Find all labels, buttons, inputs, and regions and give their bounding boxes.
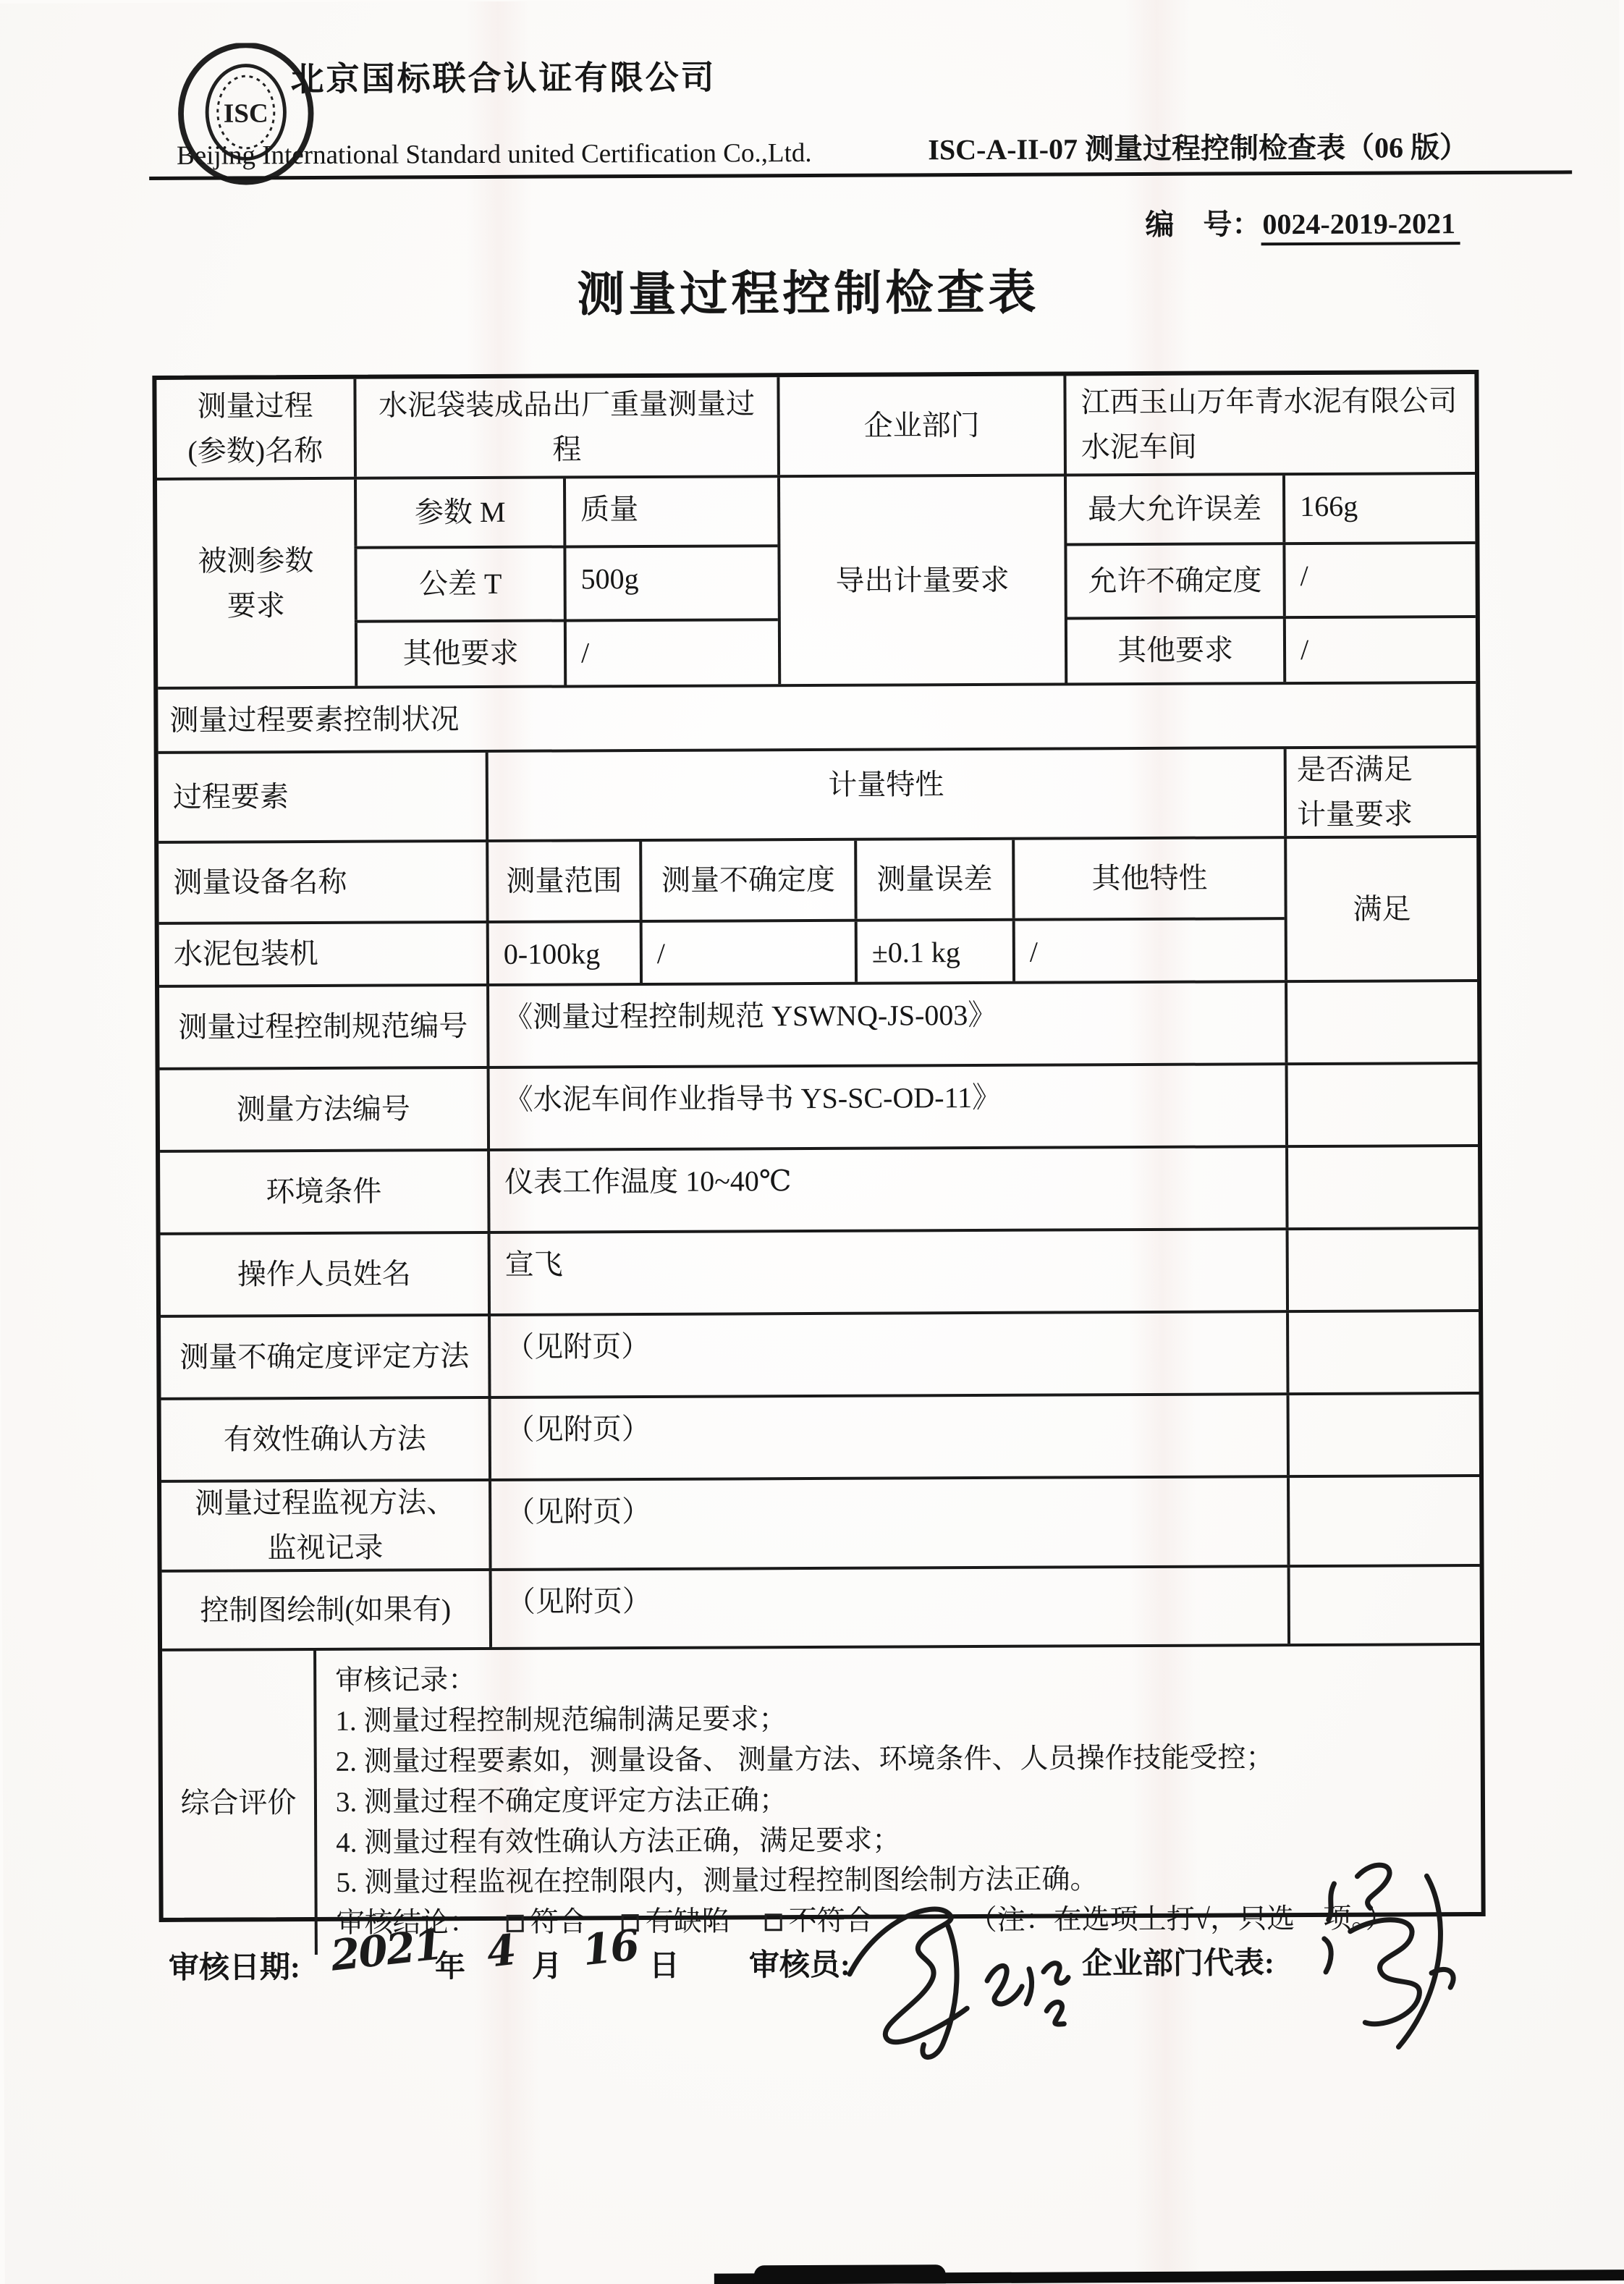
row-elements-banner: 测量过程要素控制状况 — [158, 681, 1476, 751]
allowed-uncertainty-label: 允许不确定度 — [1064, 545, 1282, 617]
uncertainty-method-value: （见附页） — [488, 1313, 1286, 1396]
uncertainty-method-label: 测量不确定度评定方法 — [161, 1316, 488, 1397]
row-overall-evaluation: 综合评价 审核记录： 1. 测量过程控制规范编制满足要求； 2. 测量过程要素如… — [162, 1643, 1481, 1955]
uncertainty-method-meets — [1286, 1312, 1479, 1392]
measured-params-left: 参数 M 质量 公差 T 500g 其他要求 / — [354, 478, 778, 686]
environment-value: 仪表工作温度 10~40℃ — [487, 1148, 1285, 1231]
option-conform: 符合 — [507, 1904, 587, 1942]
meets-requirement-value: 满足 — [1284, 838, 1477, 980]
control-spec-label: 测量过程控制规范编号 — [159, 986, 486, 1067]
control-chart-label: 控制图绘制(如果有) — [162, 1571, 489, 1649]
control-spec-meets — [1285, 982, 1477, 1062]
max-error-label: 最大允许误差 — [1064, 475, 1282, 543]
header-divider — [149, 170, 1572, 180]
monitoring-meets — [1287, 1477, 1480, 1565]
month-unit: 月 — [532, 1942, 562, 1986]
defective-label: 有缺陷 — [646, 1903, 730, 1942]
document-number-label: 编 号： — [1145, 208, 1261, 241]
conform-label: 符合 — [530, 1904, 587, 1942]
option-defective: 有缺陷 — [622, 1903, 730, 1942]
monitoring-value: （见附页） — [489, 1478, 1287, 1568]
measuring-range-value: 0-100kg — [486, 923, 640, 984]
row-operator: 操作人员姓名 宣飞 — [161, 1227, 1479, 1315]
tolerance-t-value: 500g — [563, 548, 777, 619]
method-no-value: 《水泥车间作业指导书 YS-SC-OD-11》 — [487, 1065, 1285, 1149]
dept-representative-signature — [1309, 1850, 1469, 2068]
environment-label: 环境条件 — [160, 1151, 487, 1232]
row-uncertainty-method: 测量不确定度评定方法 （见附页） — [161, 1309, 1479, 1397]
control-chart-meets — [1287, 1567, 1480, 1644]
row-validity-method: 有效性确认方法 （见附页） — [161, 1392, 1479, 1480]
tolerance-t-label: 公差 T — [354, 549, 563, 619]
dept-representative-label: 企业部门代表: — [1082, 1939, 1274, 1983]
row-control-spec: 测量过程控制规范编号 《测量过程控制规范 YSWNQ-JS-003》 — [159, 979, 1477, 1067]
validity-method-value: （见附页） — [489, 1395, 1287, 1479]
derived-metering-label: 导出计量要求 — [777, 476, 1065, 684]
audit-record-item: 4. 测量过程有效性确认方法正确，满足要求； — [336, 1819, 1463, 1862]
row-process-name: 测量过程 (参数)名称 水泥袋装成品出厂重量测量过 程 企业部门 江西玉山万年青… — [156, 374, 1475, 478]
audit-record-item: 2. 测量过程要素如，测量设备、 测量方法、环境条件、人员操作技能受控； — [336, 1738, 1463, 1781]
document-number-value: 0024-2019-2021 — [1261, 207, 1460, 245]
other-characteristics-value: / — [1012, 920, 1285, 981]
allowed-uncertainty-value: / — [1282, 544, 1475, 615]
metrological-characteristics-label: 计量特性 — [486, 749, 1285, 839]
param-m-value: 质量 — [563, 478, 777, 546]
elements-section-title: 测量过程要素控制状况 — [158, 684, 1476, 751]
other-req-left-value: / — [564, 621, 778, 685]
error-value: ±0.1 kg — [855, 921, 1012, 982]
measuring-range-header: 测量范围 — [486, 842, 639, 921]
device-name-value: 水泥包装机 — [159, 923, 486, 985]
enterprise-dept-label: 企业部门 — [777, 376, 1064, 475]
other-characteristics-header: 其他特性 — [1012, 839, 1284, 918]
process-name-label: 测量过程 (参数)名称 — [156, 379, 354, 478]
enterprise-dept-value: 江西玉山万年青水泥有限公司 水泥车间 — [1063, 374, 1475, 473]
company-name-en: Beijing International Standard united Ce… — [177, 138, 812, 172]
validity-method-label: 有效性确认方法 — [161, 1399, 489, 1480]
company-name-cn: 北京国标联合认证有限公司 — [290, 51, 716, 101]
scan-edge-artifact — [754, 2264, 946, 2284]
operator-label: 操作人员姓名 — [161, 1234, 488, 1315]
audit-record-item: 1. 测量过程控制规范编制满足要求； — [335, 1698, 1463, 1741]
measured-params-right: 最大允许误差 166g 允许不确定度 / 其他要求 / — [1064, 475, 1476, 682]
monitoring-label: 测量过程监视方法、 监视记录 — [161, 1481, 489, 1570]
svg-text:ISC: ISC — [224, 99, 268, 129]
page-title: 测量过程控制检查表 — [0, 251, 1620, 327]
uncertainty-header: 测量不确定度 — [639, 841, 854, 920]
other-req-left-label: 其他要求 — [355, 622, 564, 686]
max-error-value: 166g — [1282, 475, 1475, 542]
audit-date-label: 审核日期: — [169, 1943, 300, 1987]
audit-record-title: 审核记录： — [335, 1657, 1463, 1700]
device-name-header: 测量设备名称 — [158, 842, 486, 922]
method-no-label: 测量方法编号 — [160, 1069, 487, 1150]
device-columns: 测量设备名称 测量范围 测量不确定度 测量误差 其他特性 水泥包装机 0-100… — [158, 839, 1285, 985]
auditor-signature — [836, 1887, 1075, 2076]
inspection-form-table: 测量过程 (参数)名称 水泥袋装成品出厂重量测量过 程 企业部门 江西玉山万年青… — [152, 370, 1485, 1922]
meets-requirement-label: 是否满足 计量要求 — [1284, 748, 1477, 836]
control-chart-value: （见附页） — [489, 1568, 1287, 1647]
form-code: ISC-A-II-07 测量过程控制检查表（06 版） — [928, 124, 1468, 168]
row-process-element-header: 过程要素 计量特性 是否满足 计量要求 — [158, 745, 1477, 841]
control-spec-value: 《测量过程控制规范 YSWNQ-JS-003》 — [486, 983, 1285, 1066]
environment-meets — [1285, 1147, 1478, 1227]
overall-evaluation-label: 综合评价 — [162, 1651, 315, 1955]
year-unit: 年 — [435, 1942, 465, 1986]
other-req-right-label: 其他要求 — [1065, 619, 1283, 683]
row-control-chart: 控制图绘制(如果有) （见附页） — [162, 1564, 1480, 1649]
uncertainty-value: / — [640, 921, 855, 983]
scanned-document-page: ISC 北京国标联合认证有限公司 Beijing International S… — [0, 0, 1624, 2284]
nonconform-checkbox[interactable] — [765, 1913, 782, 1931]
validity-method-meets — [1287, 1395, 1479, 1475]
process-element-label: 过程要素 — [158, 753, 486, 841]
row-device-block: 测量设备名称 测量范围 测量不确定度 测量误差 其他特性 水泥包装机 0-100… — [158, 835, 1477, 985]
operator-meets — [1286, 1230, 1479, 1310]
row-method-no: 测量方法编号 《水泥车间作业指导书 YS-SC-OD-11》 — [160, 1062, 1478, 1150]
other-req-right-value: / — [1283, 618, 1476, 682]
param-m-label: 参数 M — [354, 478, 563, 546]
audit-date-day-handwritten: 16 — [580, 1920, 640, 1975]
process-name-value: 水泥袋装成品出厂重量测量过 程 — [353, 377, 777, 477]
row-monitoring: 测量过程监视方法、 监视记录 （见附页） — [161, 1474, 1480, 1570]
audit-date-month-handwritten: 4 — [484, 1925, 517, 1977]
method-no-meets — [1285, 1065, 1478, 1145]
operator-value: 宣飞 — [488, 1230, 1286, 1314]
document-number: 编 号：0024-2019-2021 — [1145, 200, 1460, 243]
day-unit: 日 — [649, 1942, 680, 1985]
error-header: 测量误差 — [854, 840, 1012, 919]
audit-record-item: 3. 测量过程不确定度评定方法正确； — [336, 1779, 1463, 1822]
row-measured-params: 被测参数 要求 参数 M 质量 公差 T 500g 其他要求 / 导出计量要求 — [157, 472, 1476, 687]
row-environment: 环境条件 仪表工作温度 10~40℃ — [160, 1144, 1478, 1232]
measured-params-group-label: 被测参数 要求 — [157, 480, 355, 687]
